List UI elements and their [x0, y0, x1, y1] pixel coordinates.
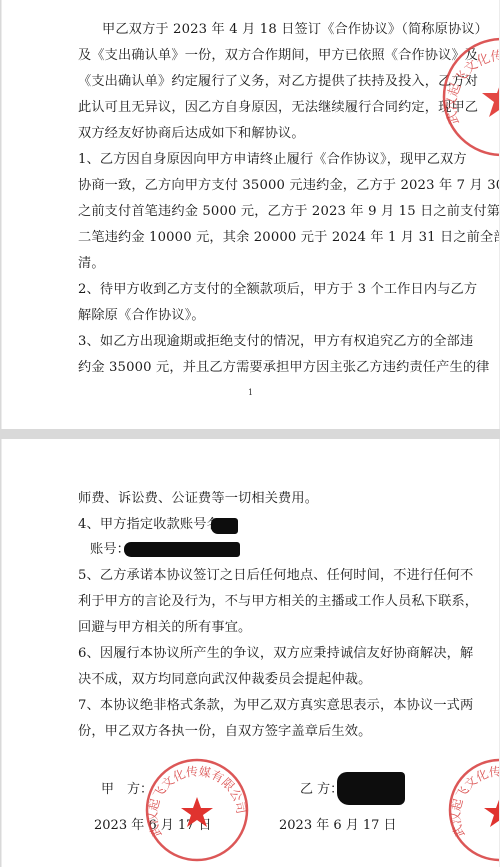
clause-3-line: 3、如乙方出现逾期或拒绝支付的情况，甲方有权追究乙方的全部违 — [78, 334, 426, 350]
paragraph-intro-line: 及《支出确认单》一份，双方合作期间，甲方已依照《合作协议》及 — [78, 48, 426, 64]
clause-3-continued-line: 师费、诉讼费、公证费等一切相关费用。 — [78, 491, 426, 507]
document-page-1: 甲乙双方于 2023 年 4 月 18 日签订《合作协议》（简称原协议） 及《支… — [1, 0, 500, 429]
clause-1-line: 清。 — [78, 256, 426, 272]
company-seal-icon: 武汉起飞文化传媒有限公司 — [144, 757, 250, 863]
company-seal-icon: 武汉起飞文化传媒有限公司 — [447, 757, 500, 863]
clause-3-line: 约金 35000 元，并且乙方需要承担甲方因主张乙方违约责任产生的律 — [78, 360, 426, 376]
paragraph-intro-line: 此认可且无异议，因乙方自身原因，无法继续履行合同约定，现甲乙 — [78, 100, 426, 116]
clause-5-line: 利于甲方的言论及行为，不与甲方相关的主播或工作人员私下联系， — [78, 594, 426, 610]
clause-1-line: 二笔违约金 10000 元，其余 20000 元于 2024 年 1 月 31 … — [78, 230, 426, 246]
party-a-date: 2023 年 6 月 17 日 — [94, 814, 212, 833]
clause-2-line: 解除原《合作协议》。 — [78, 308, 426, 324]
clause-1-line: 之前支付首笔违约金 5000 元，乙方于 2023 年 9 月 15 日之前支付… — [78, 204, 426, 220]
page-number: 1 — [248, 388, 253, 397]
seal-text: 武汉起飞文化传媒有限公司 — [448, 763, 500, 839]
redacted-account-name — [211, 518, 238, 534]
svg-text:武汉起飞文化传媒有限公司: 武汉起飞文化传媒有限公司 — [448, 763, 500, 839]
paragraph-intro-line: 双方经友好协商后达成如下和解协议。 — [78, 126, 426, 142]
clause-4-account-name-label: 4、甲方指定收款账号名： — [78, 517, 233, 533]
paragraph-intro-line: 甲乙双方于 2023 年 4 月 18 日签订《合作协议》（简称原协议） — [102, 22, 426, 38]
clause-5-line: 回避与甲方相关的所有事宜。 — [78, 620, 426, 636]
clause-7-line: 7、本协议绝非格式条款，为甲乙双方真实意思表示，本协议一式两 — [78, 698, 426, 714]
clause-5-line: 5、乙方承诺本协议签订之日后任何地点、任何时间，不进行任何不 — [78, 568, 426, 584]
party-a-label: 甲 方： — [101, 778, 153, 797]
clause-7-line: 份，甲乙双方各执一份，自双方签字盖章后生效。 — [78, 724, 426, 740]
clause-1-line: 协商一致，乙方向甲方支付 35000 元违约金，乙方于 2023 年 7 月 3… — [78, 178, 426, 194]
paragraph-intro-line: 《支出确认单》约定履行了义务，对乙方提供了扶持及投入，乙方对 — [78, 74, 426, 90]
clause-1-line: 1、乙方因自身原因向甲方申请终止履行《合作协议》，现甲乙双方 — [78, 152, 426, 168]
redacted-party-b-signature — [337, 772, 405, 805]
document-page-2: 师费、诉讼费、公证费等一切相关费用。 4、甲方指定收款账号名： 账号： 5、乙方… — [1, 439, 500, 867]
redacted-account-number — [124, 542, 240, 557]
party-b-date: 2023 年 6 月 17 日 — [279, 814, 397, 833]
clause-2-line: 2、待甲方收到乙方支付的全额款项后，甲方于 3 个工作日内与乙方 — [78, 282, 426, 298]
clause-6-line: 决不成，双方均同意向武汉仲裁委员会提起仲裁。 — [78, 672, 426, 688]
clause-6-line: 6、因履行本协议所产生的争议，双方应秉持诚信友好协商解决，解 — [78, 646, 426, 662]
